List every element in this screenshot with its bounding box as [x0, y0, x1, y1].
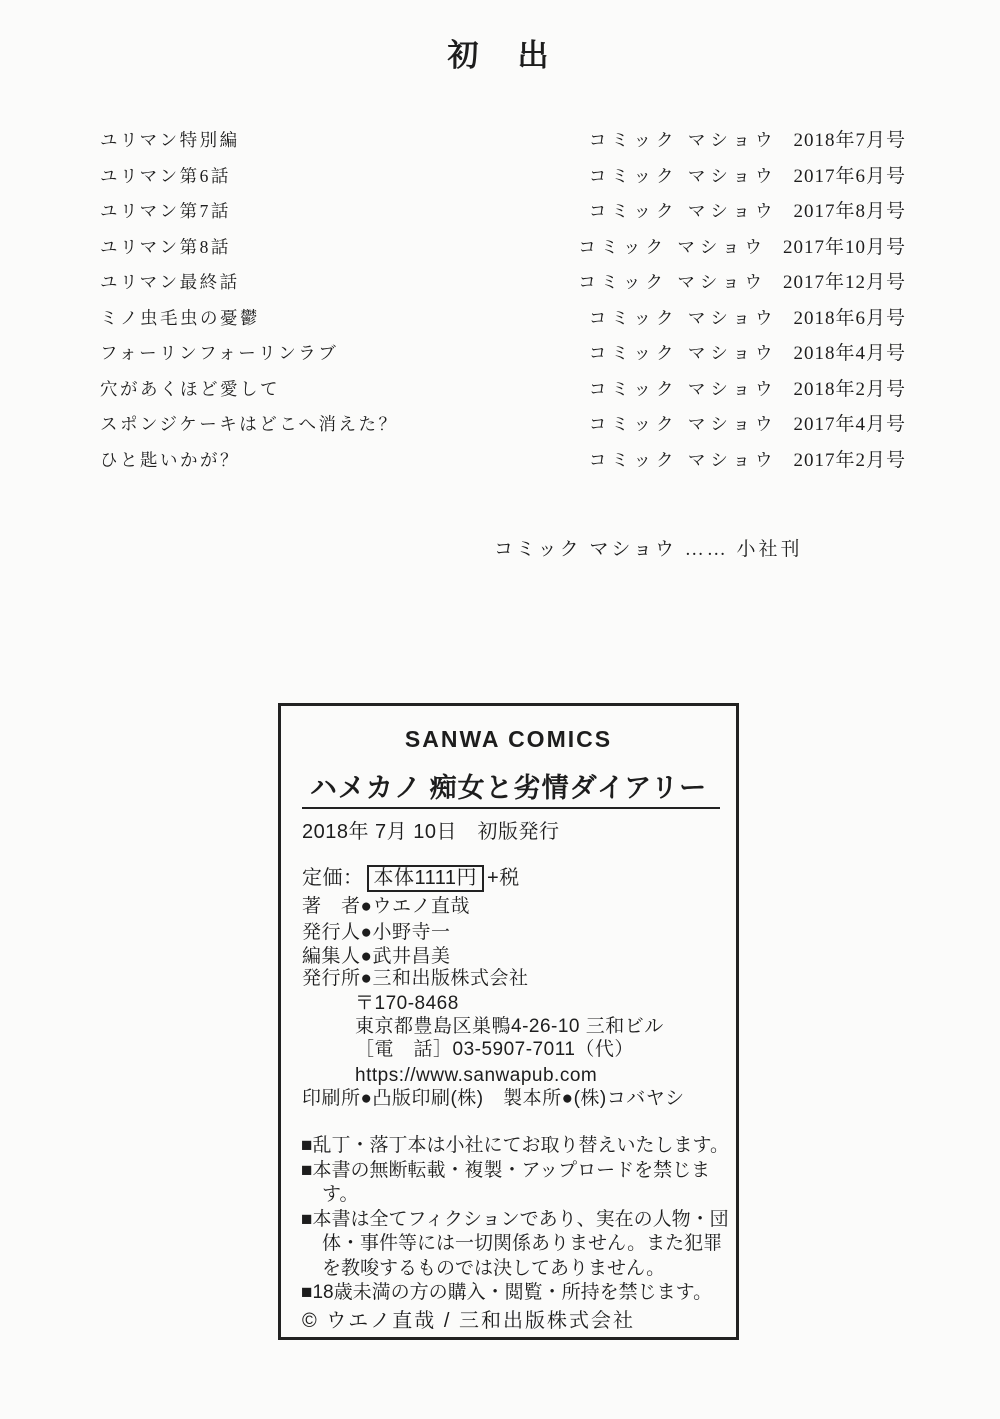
notice-item: ■本書の無断転載・複製・アップロードを禁じます。: [301, 1159, 729, 1208]
copyright-line: © ウエノ直哉 / 三和出版株式会社: [302, 1304, 635, 1333]
entry-magazine: コミック マショウ: [578, 230, 767, 266]
entry-magazine: コミック マショウ: [578, 265, 767, 301]
colophon-page: 初 出 ユリマン特別編 コミック マショウ 2018年7月号 ユリマン第6話 コ…: [0, 0, 1000, 1419]
phone: ［電 話］03-5907-7011（代）: [355, 1038, 634, 1062]
entry-title: フォーリンフォーリンラブ: [100, 336, 338, 372]
list-item: フォーリンフォーリンラブ コミック マショウ 2018年4月号: [100, 336, 906, 372]
page-title: 初 出: [0, 30, 1000, 75]
entry-issue: 2018年7月号: [793, 123, 906, 159]
price-suffix: +税: [487, 867, 520, 889]
entry-issue: 2017年2月号: [793, 443, 906, 479]
entry-issue: 2018年4月号: [793, 336, 906, 372]
printer-line: 印刷所●凸版印刷(株) 製本所●(株)コバヤシ: [302, 1087, 685, 1111]
colophon-box: SANWA COMICS ハメカノ 痴女と劣情ダイアリー 2018年 7月 10…: [278, 703, 739, 1340]
entry-issue: 2017年8月号: [793, 194, 906, 230]
entry-issue: 2017年4月号: [793, 407, 906, 443]
price-boxed-value: 本体1111円: [367, 865, 485, 892]
list-item: ユリマン特別編 コミック マショウ 2018年7月号: [100, 123, 906, 159]
entry-magazine: コミック マショウ: [589, 407, 778, 443]
publisher-note: コミック マショウ …… 小社刊: [494, 534, 803, 561]
entry-issue: 2017年12月号: [783, 265, 906, 301]
entry-title: ユリマン特別編: [100, 123, 240, 159]
entry-title: ミノ虫毛虫の憂鬱: [100, 301, 260, 337]
author-line: 著 者●ウエノ直哉: [302, 895, 470, 919]
notice-item: ■乱丁・落丁本は小社にてお取り替えいたします。: [301, 1134, 729, 1159]
entry-issue: 2017年6月号: [793, 159, 906, 195]
first-publication-list: ユリマン特別編 コミック マショウ 2018年7月号 ユリマン第6話 コミック …: [100, 123, 906, 478]
publishing-person-line: 発行人●小野寺一: [302, 921, 450, 945]
list-item: ユリマン第7話 コミック マショウ 2017年8月号: [100, 194, 906, 230]
website-url: https://www.sanwapub.com: [355, 1064, 597, 1088]
price-line: 定価：本体1111円+税: [302, 865, 520, 892]
legal-notices: ■乱丁・落丁本は小社にてお取り替えいたします。 ■本書の無断転載・複製・アップロ…: [301, 1134, 729, 1306]
notice-item: ■本書は全てフィクションであり、実在の人物・団体・事件等には一切関係ありません。…: [301, 1208, 729, 1282]
entry-title: ユリマン第6話: [100, 159, 231, 195]
list-item: ひと匙いかが？ コミック マショウ 2017年2月号: [100, 443, 906, 479]
price-label: 定価：: [302, 867, 364, 889]
entry-magazine: コミック マショウ: [589, 159, 778, 195]
publisher-line: 発行所●三和出版株式会社: [302, 967, 528, 991]
entry-title: ひと匙いかが？: [100, 443, 240, 479]
entry-issue: 2017年10月号: [783, 230, 906, 266]
entry-magazine: コミック マショウ: [589, 372, 778, 408]
title-rule: [302, 807, 720, 809]
entry-magazine: コミック マショウ: [589, 336, 778, 372]
list-item: ユリマン最終話 コミック マショウ 2017年12月号: [100, 265, 906, 301]
list-item: ユリマン第8話 コミック マショウ 2017年10月号: [100, 230, 906, 266]
address: 東京都豊島区巣鴨4-26-10 三和ビル: [355, 1015, 664, 1039]
book-title: ハメカノ 痴女と劣情ダイアリー: [281, 766, 736, 805]
entry-title: ユリマン最終話: [100, 265, 240, 301]
notice-item: ■18歳未満の方の購入・閲覧・所持を禁じます。: [301, 1281, 729, 1306]
entry-title: 穴があくほど愛して: [100, 372, 280, 408]
list-item: スポンジケーキはどこへ消えた？ コミック マショウ 2017年4月号: [100, 407, 906, 443]
editor-line: 編集人●武井昌美: [302, 945, 450, 969]
edition-date: 2018年 7月 10日 初版発行: [302, 820, 559, 844]
entry-magazine: コミック マショウ: [589, 443, 778, 479]
entry-issue: 2018年2月号: [793, 372, 906, 408]
entry-magazine: コミック マショウ: [589, 194, 778, 230]
list-item: 穴があくほど愛して コミック マショウ 2018年2月号: [100, 372, 906, 408]
postal-code: 〒170-8468: [355, 992, 459, 1016]
series-name: SANWA COMICS: [281, 726, 736, 753]
entry-title: ユリマン第7話: [100, 194, 231, 230]
entry-magazine: コミック マショウ: [589, 301, 778, 337]
list-item: ユリマン第6話 コミック マショウ 2017年6月号: [100, 159, 906, 195]
list-item: ミノ虫毛虫の憂鬱 コミック マショウ 2018年6月号: [100, 301, 906, 337]
entry-issue: 2018年6月号: [793, 301, 906, 337]
entry-title: スポンジケーキはどこへ消えた？: [100, 407, 399, 443]
entry-title: ユリマン第8話: [100, 230, 231, 266]
entry-magazine: コミック マショウ: [589, 123, 778, 159]
